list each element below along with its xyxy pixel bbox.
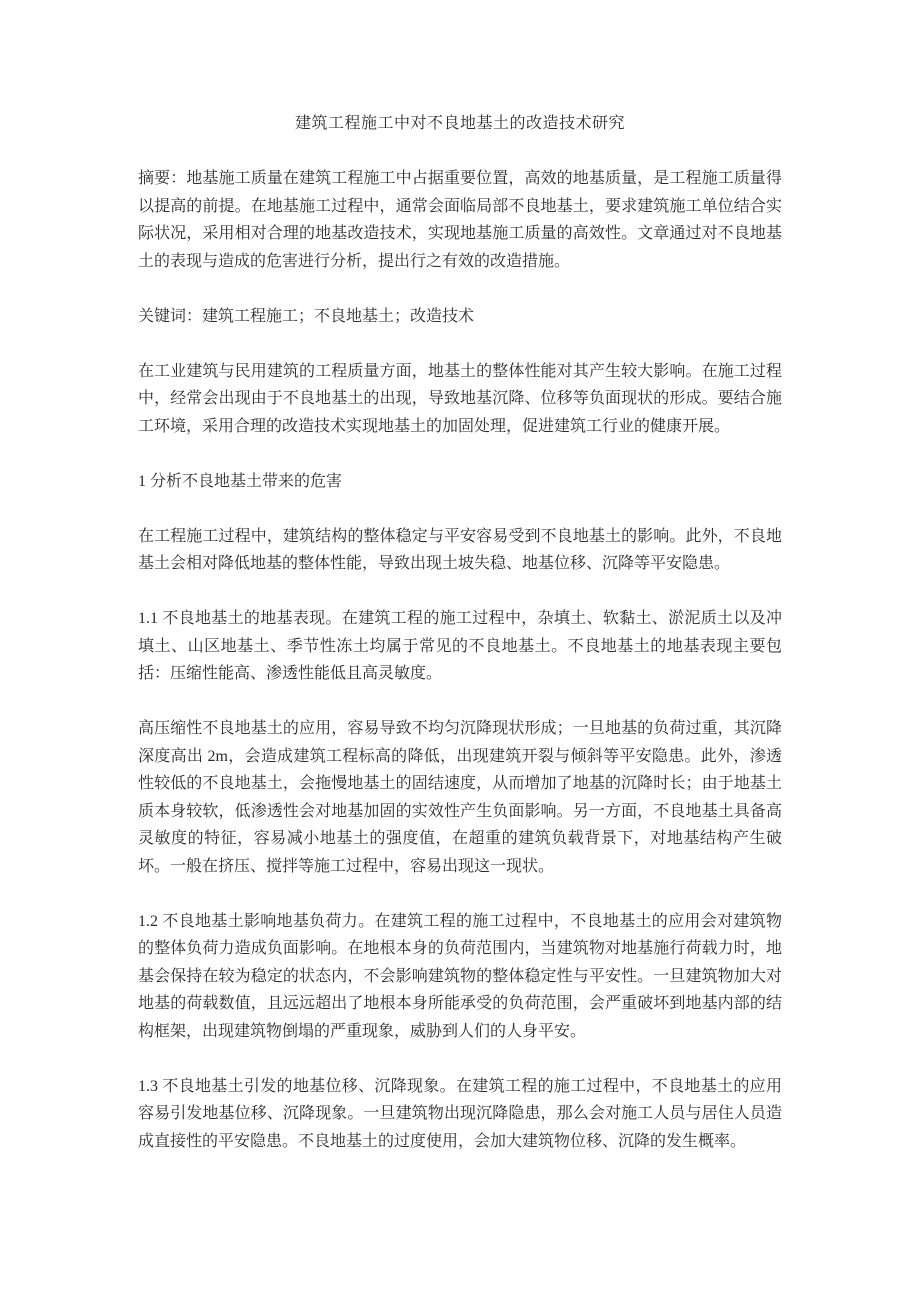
paragraph-section-1-2: 1.2 不良地基土影响地基负荷力。在建筑工程的施工过程中，不良地基土的应用会对建… (138, 908, 782, 1046)
paragraph-section-1-3: 1.3 不良地基土引发的地基位移、沉降现象。在建筑工程的施工过程中，不良地基土的… (138, 1073, 782, 1156)
paragraph-section-1-1-detail: 高压缩性不良地基土的应用，容易导致不均匀沉降现状形成；一旦地基的负荷过重，其沉降… (138, 715, 782, 880)
document-content: 建筑工程施工中对不良地基土的改造技术研究 摘要：地基施工质量在建筑工程施工中占据… (0, 0, 920, 1155)
paragraph-section-1-intro: 在工程施工过程中，建筑结构的整体稳定与平安容易受到不良地基土的影响。此外，不良地… (138, 523, 782, 578)
document-title: 建筑工程施工中对不良地基土的改造技术研究 (138, 110, 782, 138)
document-page: 建筑工程施工中对不良地基土的改造技术研究 摘要：地基施工质量在建筑工程施工中占据… (0, 0, 920, 1302)
paragraph-heading-1: 1 分析不良地基土带来的危害 (138, 468, 782, 496)
paragraph-keywords: 关键词：建筑工程施工；不良地基土；改造技术 (138, 303, 782, 331)
paragraph-section-1-1: 1.1 不良地基土的地基表现。在建筑工程的施工过程中，杂填土、软黏土、淤泥质土以… (138, 605, 782, 688)
paragraph-abstract: 摘要：地基施工质量在建筑工程施工中占据重要位置，高效的地基质量，是工程施工质量得… (138, 165, 782, 275)
paragraph-intro: 在工业建筑与民用建筑的工程质量方面，地基土的整体性能对其产生较大影响。在施工过程… (138, 358, 782, 441)
